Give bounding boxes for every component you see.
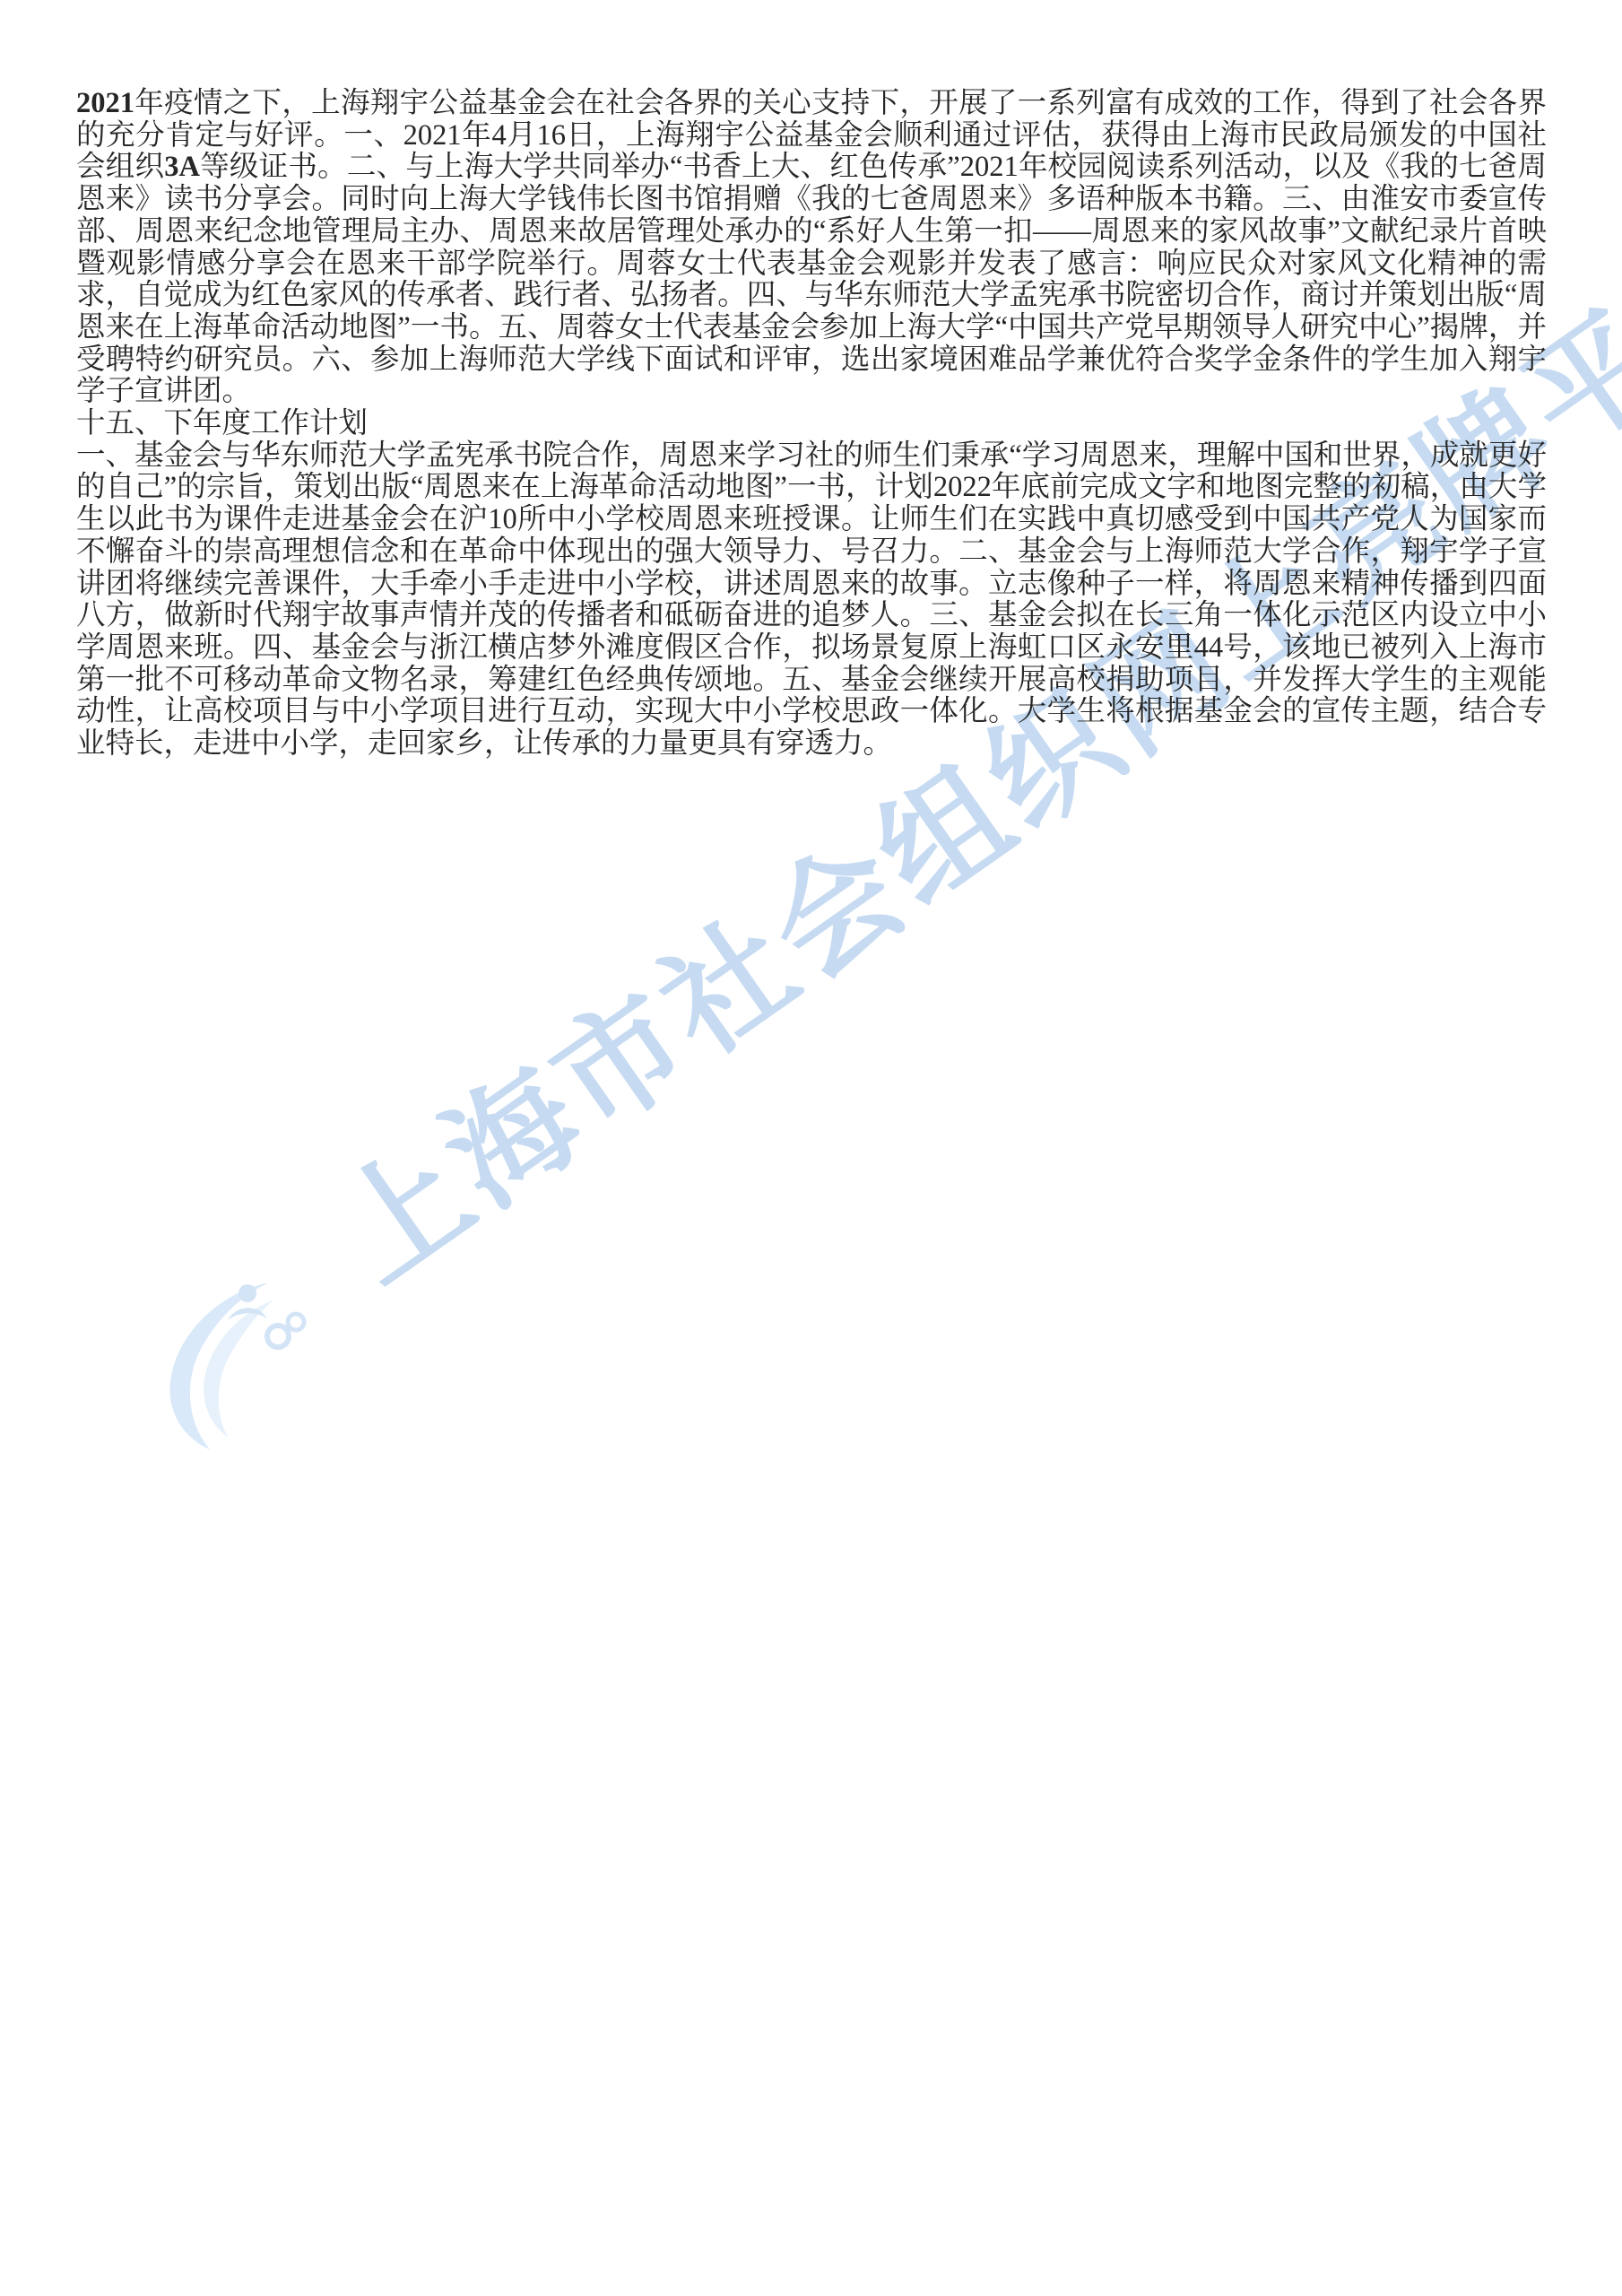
paragraph-annual-work-summary: 2021年疫情之下，上海翔宇公益基金会在社会各界的关心支持下，开展了一系列富有成… [76,88,1547,408]
paragraph-next-year-plan: 一、基金会与华东师范大学孟宪承书院合作，周恩来学习社的师生们秉承“学习周恩来，理… [76,440,1547,761]
document-page: 上海市社会组织网上亮牌平台 2021年疫情之下，上海翔宇公益基金会在社会各界的关… [0,0,1622,2296]
document-body: 2021年疫情之下，上海翔宇公益基金会在社会各界的关心支持下，开展了一系列富有成… [76,88,1547,761]
section-heading-next-year-plan: 十五、下年度工作计划 [76,408,1547,440]
shanghai-social-org-logo-icon [154,1274,320,1453]
